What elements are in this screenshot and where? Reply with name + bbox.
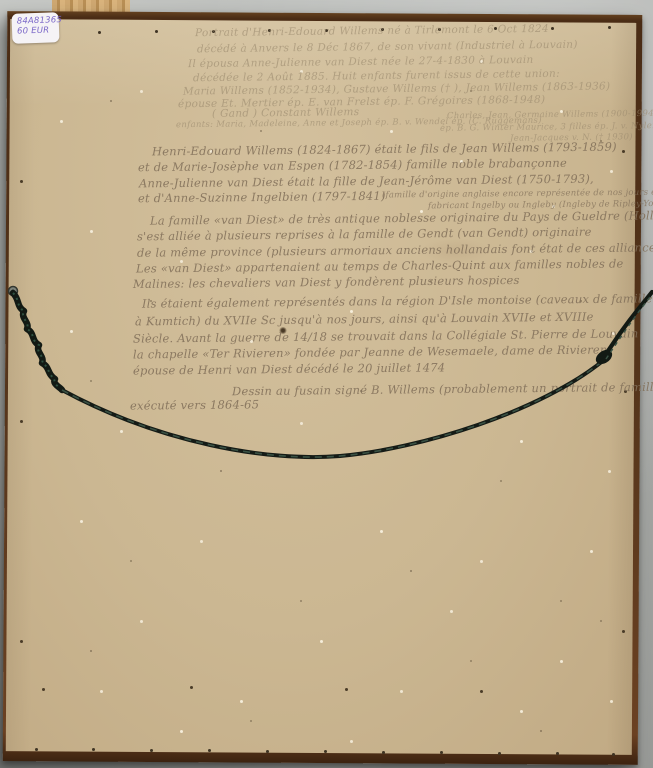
hanging-wire	[0, 0, 653, 768]
wire-span	[62, 360, 604, 457]
wire-right-twist	[606, 297, 650, 359]
wire-right-segment	[604, 292, 652, 357]
photo-back-of-framed-drawing: 84A81365 60 EUR Portrait d'Henri-Edouard…	[0, 0, 653, 768]
wire-knot-left	[13, 293, 62, 390]
